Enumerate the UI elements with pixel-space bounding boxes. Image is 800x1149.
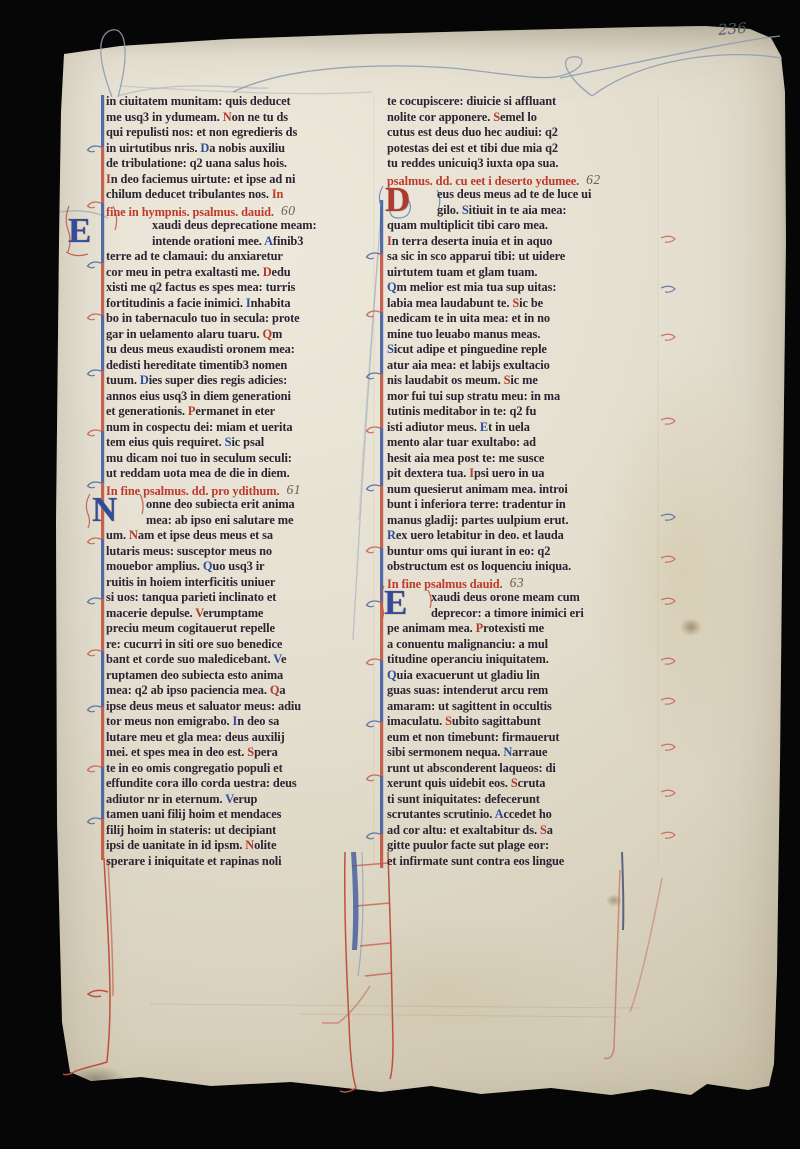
rubric-text: In [272, 187, 284, 201]
text-line: scrutantes scrutinio. Accedet ho [387, 807, 657, 823]
text-line: gilo. Sitiuit in te aia mea: [387, 203, 657, 219]
versal-initial-red: N [223, 110, 232, 124]
text-line: tor meus non emigrabo. In deo sa [106, 714, 374, 730]
text-line: lutaris meus: susceptor meus no [106, 544, 374, 560]
text-line: macerie depulse. Verumptame [106, 606, 374, 622]
versal-initial-red: Q [262, 327, 272, 341]
text-line: psalmus. dd. cu eet i deserto ydumee.62 [387, 172, 657, 188]
versal-initial-red: S [540, 823, 547, 837]
versal-initial-red: S [512, 296, 519, 310]
rubric-text: In fine psalmus. dd. pro ydithum. [106, 484, 279, 498]
text-line: In fine psalmus dauid.63 [387, 575, 657, 591]
versal-initial-red: N [245, 838, 254, 852]
text-line: pe animam mea. Protexisti me [387, 621, 657, 637]
text-line: obstructum est os loquenciu iniqua. [387, 559, 657, 575]
text-line: ad cor altu: et exaltabitur ds. Sa [387, 823, 657, 839]
text-line: bo in tabernaculo tuo in secula: prote [106, 311, 374, 327]
text-line: te in eo omis congregatio populi et [106, 761, 374, 777]
text-line: filij hoim in stateris: ut decipiant [106, 823, 374, 839]
versal-initial-red: S [504, 373, 511, 387]
text-line: Qm melior est mia tua sup uitas: [387, 280, 657, 296]
text-column-right: te cocupiscere: diuicie si affluantnolit… [387, 94, 657, 869]
text-line: dedisti hereditate timentib3 nomen [106, 358, 374, 374]
text-line: onne deo subiecta erit animaN [106, 497, 374, 513]
text-line: fine in hympnis. psalmus. dauid.60 [106, 203, 374, 219]
rubric-text: psalmus. dd. cu eet i deserto ydumee. [387, 174, 579, 188]
versal-initial-red: D [263, 265, 272, 279]
text-line: num in cospectu dei: miam et uerita [106, 420, 374, 436]
versal-initial-blue: I [233, 714, 238, 728]
illuminated-initial: D [385, 184, 410, 215]
text-line: Quia exacuerunt ut gladiu lin [387, 668, 657, 684]
text-line: re: cucurri in siti ore suo benedice [106, 637, 374, 653]
text-line: Sicut adipe et pinguedine reple [387, 342, 657, 358]
text-line: ipse deus meus et saluator meus: adiu [106, 699, 374, 715]
text-line: et infirmate sunt contra eos lingue [387, 854, 657, 870]
text-line: titudine operanciu iniquitatem. [387, 652, 657, 668]
versal-initial-red: S [511, 776, 518, 790]
text-line: mu dicam noi tuo in seculum seculi: [106, 451, 374, 467]
text-line: num quesierut animam mea. introi [387, 482, 657, 498]
text-line: guas suas: intenderut arcu rem [387, 683, 657, 699]
versal-initial-red: S [493, 110, 500, 124]
illuminated-initial: N [92, 494, 117, 525]
parchment-stain [280, 912, 600, 1082]
psalm-number-annotation: 62 [586, 172, 601, 188]
versal-initial-blue: I [246, 296, 251, 310]
text-line: lutare meu et gla mea: deus auxilij [106, 730, 374, 746]
parchment-stain [50, 22, 788, 56]
text-line: manus gladij: partes uulpium erut. [387, 513, 657, 529]
versal-initial-blue: N [503, 745, 512, 759]
text-line: ti sunt iniquitates: defecerunt [387, 792, 657, 808]
versal-initial-blue: V [273, 652, 281, 666]
versal-initial-blue: A [264, 234, 273, 248]
text-line: uirtutem tuam et glam tuam. [387, 265, 657, 281]
text-line: chilum deducet tribulantes nos. In [106, 187, 374, 203]
versal-initial-blue: D [140, 373, 149, 387]
text-line: mouebor amplius. Quo usq3 ir [106, 559, 374, 575]
illuminated-initial: E [68, 215, 91, 246]
text-line: In deo faciemus uirtute: et ipse ad ni [106, 172, 374, 188]
versal-initial-red: I [106, 172, 111, 186]
text-line: sa sic in sco apparui tibi: ut uidere [387, 249, 657, 265]
text-line: intende orationi mee. Afinib3 [106, 234, 374, 250]
text-line: In fine psalmus. dd. pro ydithum.61 [106, 482, 374, 498]
parchment-stain [606, 894, 622, 907]
parchment-stain [66, 1066, 126, 1092]
text-line: fortitudinis a facie inimici. Inhabita [106, 296, 374, 312]
versal-initial-blue: D [200, 141, 209, 155]
text-line: xerunt quis uidebit eos. Scruta [387, 776, 657, 792]
versal-initial-blue: V [225, 792, 233, 806]
versal-initial-blue: Q [387, 668, 397, 682]
text-line: pit dextera tua. Ipsi uero in ua [387, 466, 657, 482]
text-line: bunt i inferiora terre: tradentur in [387, 497, 657, 513]
versal-initial-blue: A [495, 807, 504, 821]
text-line: mor fui tui sup stratu meu: in ma [387, 389, 657, 405]
text-line: adiutor nr in eternum. Verup [106, 792, 374, 808]
text-line: runt ut absconderent laqueos: di [387, 761, 657, 777]
text-line: annos eius usq3 in diem generationi [106, 389, 374, 405]
text-line: tem eius quis requiret. Sic psal [106, 435, 374, 451]
text-line: atur aia mea: et labijs exultacio [387, 358, 657, 374]
text-line: nis laudabit os meum. Sic me [387, 373, 657, 389]
text-line: In terra deserta inuia et in aquo [387, 234, 657, 250]
text-line: ut reddam uota mea de die in diem. [106, 466, 374, 482]
text-line: in uirtutibus nris. Da nobis auxiliu [106, 141, 374, 157]
text-line: mea: ab ipso eni salutare me [106, 513, 374, 529]
text-line: gar in uelamento alaru tuaru. Qm [106, 327, 374, 343]
versal-initial-blue: S [462, 203, 469, 217]
versal-initial-blue: S [225, 435, 232, 449]
text-line: mine tuo leuabo manus meas. [387, 327, 657, 343]
text-line: tamen uani filij hoim et mendaces [106, 807, 374, 823]
versal-initial-red: N [129, 528, 138, 542]
text-line: ipsi de uanitate in id ipsm. Nolite [106, 838, 374, 854]
text-line: sperare i iniquitate et rapinas noli [106, 854, 374, 870]
text-line: isti adiutor meus. Et in uela [387, 420, 657, 436]
text-line: imaculatu. Subito sagittabunt [387, 714, 657, 730]
versal-initial-blue: R [387, 528, 396, 542]
text-line: xaudi deus orone meam cumE [387, 590, 657, 606]
versal-initial-blue: Q [203, 559, 213, 573]
text-line: cor meu in petra exaltasti me. Dedu [106, 265, 374, 281]
text-line: labia mea laudabunt te. Sic be [387, 296, 657, 312]
versal-initial-red: Q [270, 683, 280, 697]
versal-initial-blue: S [387, 342, 394, 356]
manuscript-photo: 236 in ciuitatem munitam: quis deducetme… [0, 0, 800, 1149]
text-line: xaudi deus deprecatione meam:E [106, 218, 374, 234]
versal-initial-red: I [387, 234, 392, 248]
versal-initial-red: V [195, 606, 203, 620]
text-line: in ciuitatem munitam: quis deducet [106, 94, 374, 110]
text-line: mei. et spes mea in deo est. Spera [106, 745, 374, 761]
text-line: me usq3 in ydumeam. Non ne tu ds [106, 110, 374, 126]
rubric-text: fine in hympnis. psalmus. dauid. [106, 205, 274, 219]
text-line: um. Nam et ipse deus meus et sa [106, 528, 374, 544]
text-line: eus deus meus ad te de luce uiD [387, 187, 657, 203]
text-line: de tribulatione: q2 uana salus hois. [106, 156, 374, 172]
text-line: preciu meum cogitauerut repelle [106, 621, 374, 637]
versal-initial-red: P [188, 404, 195, 418]
text-line: tu deus meus exaudisti oronem mea: [106, 342, 374, 358]
text-line: bant et corde suo maledicebant. Ve [106, 652, 374, 668]
text-line: mento alar tuar exultabo: ad [387, 435, 657, 451]
text-line: effundite cora illo corda uestra: deus [106, 776, 374, 792]
text-line: si uos: tanqua parieti inclinato et [106, 590, 374, 606]
text-line: potestas dei est et tibi due mia q2 [387, 141, 657, 157]
versal-initial-blue: Q [387, 280, 397, 294]
text-line: tutinis meditabor in te: q2 fu [387, 404, 657, 420]
text-line: ruitis in hoiem interficitis uniuer [106, 575, 374, 591]
parchment-stain [680, 618, 702, 636]
text-line: amaram: ut sagittent in occultis [387, 699, 657, 715]
text-line: hesit aia mea post te: me susce [387, 451, 657, 467]
text-line: nolite cor apponere. Semel lo [387, 110, 657, 126]
text-line: a conuentu malignanciu: a mul [387, 637, 657, 653]
versal-initial-red: S [247, 745, 254, 759]
text-line: xisti me q2 factus es spes mea: turris [106, 280, 374, 296]
versal-initial-blue: E [480, 420, 488, 434]
illuminated-initial: E [384, 587, 407, 618]
text-line: mea: q2 ab ipso paciencia mea. Qa [106, 683, 374, 699]
text-line: buntur oms qui iurant in eo: q2 [387, 544, 657, 560]
text-line: sibi sermonem nequa. Narraue [387, 745, 657, 761]
text-line: tuum. Dies super dies regis adicies: [106, 373, 374, 389]
text-line: tu reddes unicuiq3 iuxta opa sua. [387, 156, 657, 172]
text-line: gitte puulor facte sut plage eor: [387, 838, 657, 854]
text-line: ruptamen deo subiecta esto anima [106, 668, 374, 684]
text-line: et generationis. Permanet in eter [106, 404, 374, 420]
text-line: nedicam te in uita mea: et in no [387, 311, 657, 327]
folio-number: 236 [717, 19, 747, 39]
versal-initial-red: I [469, 466, 474, 480]
text-line: qui repulisti nos: et non egredieris ds [106, 125, 374, 141]
psalm-number-annotation: 63 [510, 575, 525, 591]
text-line: cutus est deus duo hec audiui: q2 [387, 125, 657, 141]
psalm-number-annotation: 60 [281, 203, 296, 219]
text-column-left: in ciuitatem munitam: quis deducetme usq… [106, 94, 374, 869]
psalm-number-annotation: 61 [286, 482, 301, 498]
text-line: quam multiplicit tibi caro mea. [387, 218, 657, 234]
text-line: eum et non timebunt: firmauerut [387, 730, 657, 746]
text-line: deprecor: a timore inimici eri [387, 606, 657, 622]
versal-initial-red: P [476, 621, 483, 635]
versal-initial-red: S [445, 714, 452, 728]
text-line: terre ad te clamaui: du anxiaretur [106, 249, 374, 265]
text-line: te cocupiscere: diuicie si affluant [387, 94, 657, 110]
text-line: Rex uero letabitur in deo. et lauda [387, 528, 657, 544]
